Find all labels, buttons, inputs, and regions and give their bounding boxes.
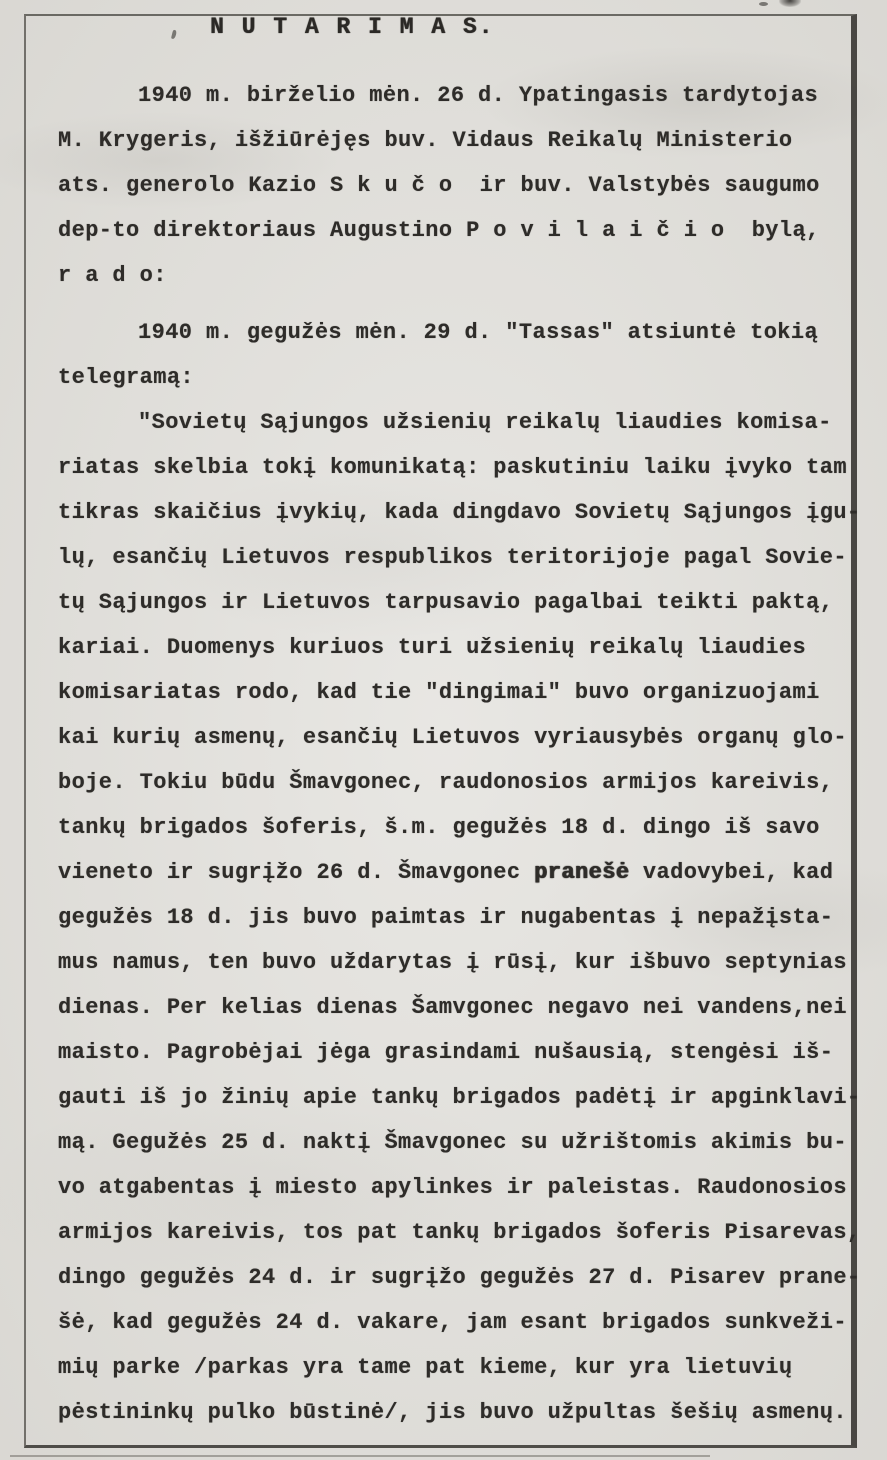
- line-text: mus namus, ten buvo uždarytas į rūsį, ku…: [58, 950, 847, 975]
- line-text: mą. Gegužės 25 d. naktį Šmavgonec su užr…: [58, 1130, 847, 1155]
- line-text: lų, esančių Lietuvos respublikos teritor…: [58, 545, 847, 570]
- line-text: boje. Tokiu būdu Šmavgonec, raudonosios …: [58, 770, 833, 795]
- document-line: tankų brigados šoferis, š.m. gegužės 18 …: [58, 805, 850, 850]
- document-line: ats. generolo Kazio S k u č o ir buv. Va…: [58, 163, 850, 208]
- line-text: vadovybei, kad: [629, 860, 833, 885]
- scanned-document-page: N U T A R I M A S. 1940 m. birželio mėn.…: [0, 0, 887, 1460]
- line-text: armijos kareivis, tos pat tankų brigados…: [58, 1220, 861, 1245]
- line-text: vo atgabentas į miesto apylinkes ir pale…: [58, 1175, 847, 1200]
- line-text: kai kurių asmenų, esančių Lietuvos vyria…: [58, 725, 847, 750]
- document-line: r a d o:: [58, 253, 850, 298]
- document-line: tikras skaičius įvykių, kada dingdavo So…: [58, 490, 850, 535]
- document-title: N U T A R I M A S.: [210, 5, 850, 50]
- line-text: M. Krygeris, išžiūrėjęs buv. Vidaus Reik…: [58, 128, 793, 153]
- document-line: mių parke /parkas yra tame pat kieme, ku…: [58, 1345, 850, 1390]
- document-line: dienas. Per kelias dienas Šamvgonec nega…: [58, 985, 850, 1030]
- document-line: 1940 m. birželio mėn. 26 d. Ypatingasis …: [58, 73, 850, 118]
- line-text: tankų brigados šoferis, š.m. gegužės 18 …: [58, 815, 820, 840]
- document-line: lų, esančių Lietuvos respublikos teritor…: [58, 535, 850, 580]
- document-line: armijos kareivis, tos pat tankų brigados…: [58, 1210, 850, 1255]
- document-line: komisariatas rodo, kad tie "dingimai" bu…: [58, 670, 850, 715]
- document-line: kai kurių asmenų, esančių Lietuvos vyria…: [58, 715, 850, 760]
- document-line: mą. Gegužės 25 d. naktį Šmavgonec su užr…: [58, 1120, 850, 1165]
- document-line: pėstininkų pulko būstinė/, jis buvo užpu…: [58, 1390, 850, 1435]
- line-text: "Sovietų Sąjungos užsienių reikalų liaud…: [138, 410, 832, 435]
- document-line: vo atgabentas į miesto apylinkes ir pale…: [58, 1165, 850, 1210]
- document-lines: 1940 m. birželio mėn. 26 d. Ypatingasis …: [58, 73, 850, 1435]
- line-text: pėstininkų pulko būstinė/, jis buvo užpu…: [58, 1400, 847, 1425]
- line-text: riatas skelbia tokį komunikatą: paskutin…: [58, 455, 847, 480]
- document-line: gegužės 18 d. jis buvo paimtas ir nugabe…: [58, 895, 850, 940]
- document-line: gauti iš jo žinių apie tankų brigados pa…: [58, 1075, 850, 1120]
- emphasized-word: pranešė: [534, 860, 629, 885]
- line-text: dienas. Per kelias dienas Šamvgonec nega…: [58, 995, 847, 1020]
- line-text: r a d o:: [58, 263, 167, 288]
- line-text: dep-to direktoriaus Augustino P o v i l …: [58, 218, 820, 243]
- document-line: maisto. Pagrobėjai jėga grasindami nušau…: [58, 1030, 850, 1075]
- line-text: komisariatas rodo, kad tie "dingimai" bu…: [58, 680, 820, 705]
- line-text: ats. generolo Kazio S k u č o ir buv. Va…: [58, 173, 820, 198]
- line-text: šė, kad gegužės 24 d. vakare, jam esant …: [58, 1310, 847, 1335]
- document-line: dep-to direktoriaus Augustino P o v i l …: [58, 208, 850, 253]
- document-body: N U T A R I M A S. 1940 m. birželio mėn.…: [58, 5, 850, 1435]
- line-text: mių parke /parkas yra tame pat kieme, ku…: [58, 1355, 793, 1380]
- line-text: vieneto ir sugrįžo 26 d. Šmavgonec: [58, 860, 534, 885]
- line-text: gegužės 18 d. jis buvo paimtas ir nugabe…: [58, 905, 833, 930]
- paper-edge-shadow: [10, 1455, 710, 1457]
- line-text: telegramą:: [58, 365, 194, 390]
- line-text: dingo gegužės 24 d. ir sugrįžo gegužės 2…: [58, 1265, 861, 1290]
- document-line: boje. Tokiu būdu Šmavgonec, raudonosios …: [58, 760, 850, 805]
- document-line: M. Krygeris, išžiūrėjęs buv. Vidaus Reik…: [58, 118, 850, 163]
- line-text: maisto. Pagrobėjai jėga grasindami nušau…: [58, 1040, 833, 1065]
- document-line: "Sovietų Sąjungos užsienių reikalų liaud…: [58, 400, 850, 445]
- document-line: tų Sąjungos ir Lietuvos tarpusavio pagal…: [58, 580, 850, 625]
- line-text: gauti iš jo žinių apie tankų brigados pa…: [58, 1085, 861, 1110]
- document-line: vieneto ir sugrįžo 26 d. Šmavgonec prane…: [58, 850, 850, 895]
- line-text: tų Sąjungos ir Lietuvos tarpusavio pagal…: [58, 590, 833, 615]
- line-text: 1940 m. gegužės mėn. 29 d. "Tassas" atsi…: [138, 320, 818, 345]
- document-line: mus namus, ten buvo uždarytas į rūsį, ku…: [58, 940, 850, 985]
- document-line: 1940 m. gegužės mėn. 29 d. "Tassas" atsi…: [58, 310, 850, 355]
- line-text: 1940 m. birželio mėn. 26 d. Ypatingasis …: [138, 83, 818, 108]
- document-line: šė, kad gegužės 24 d. vakare, jam esant …: [58, 1300, 850, 1345]
- line-text: kariai. Duomenys kuriuos turi užsienių r…: [58, 635, 806, 660]
- document-line: riatas skelbia tokį komunikatą: paskutin…: [58, 445, 850, 490]
- document-line: telegramą:: [58, 355, 850, 400]
- line-text: tikras skaičius įvykių, kada dingdavo So…: [58, 500, 861, 525]
- document-line: kariai. Duomenys kuriuos turi užsienių r…: [58, 625, 850, 670]
- document-line: dingo gegužės 24 d. ir sugrįžo gegužės 2…: [58, 1255, 850, 1300]
